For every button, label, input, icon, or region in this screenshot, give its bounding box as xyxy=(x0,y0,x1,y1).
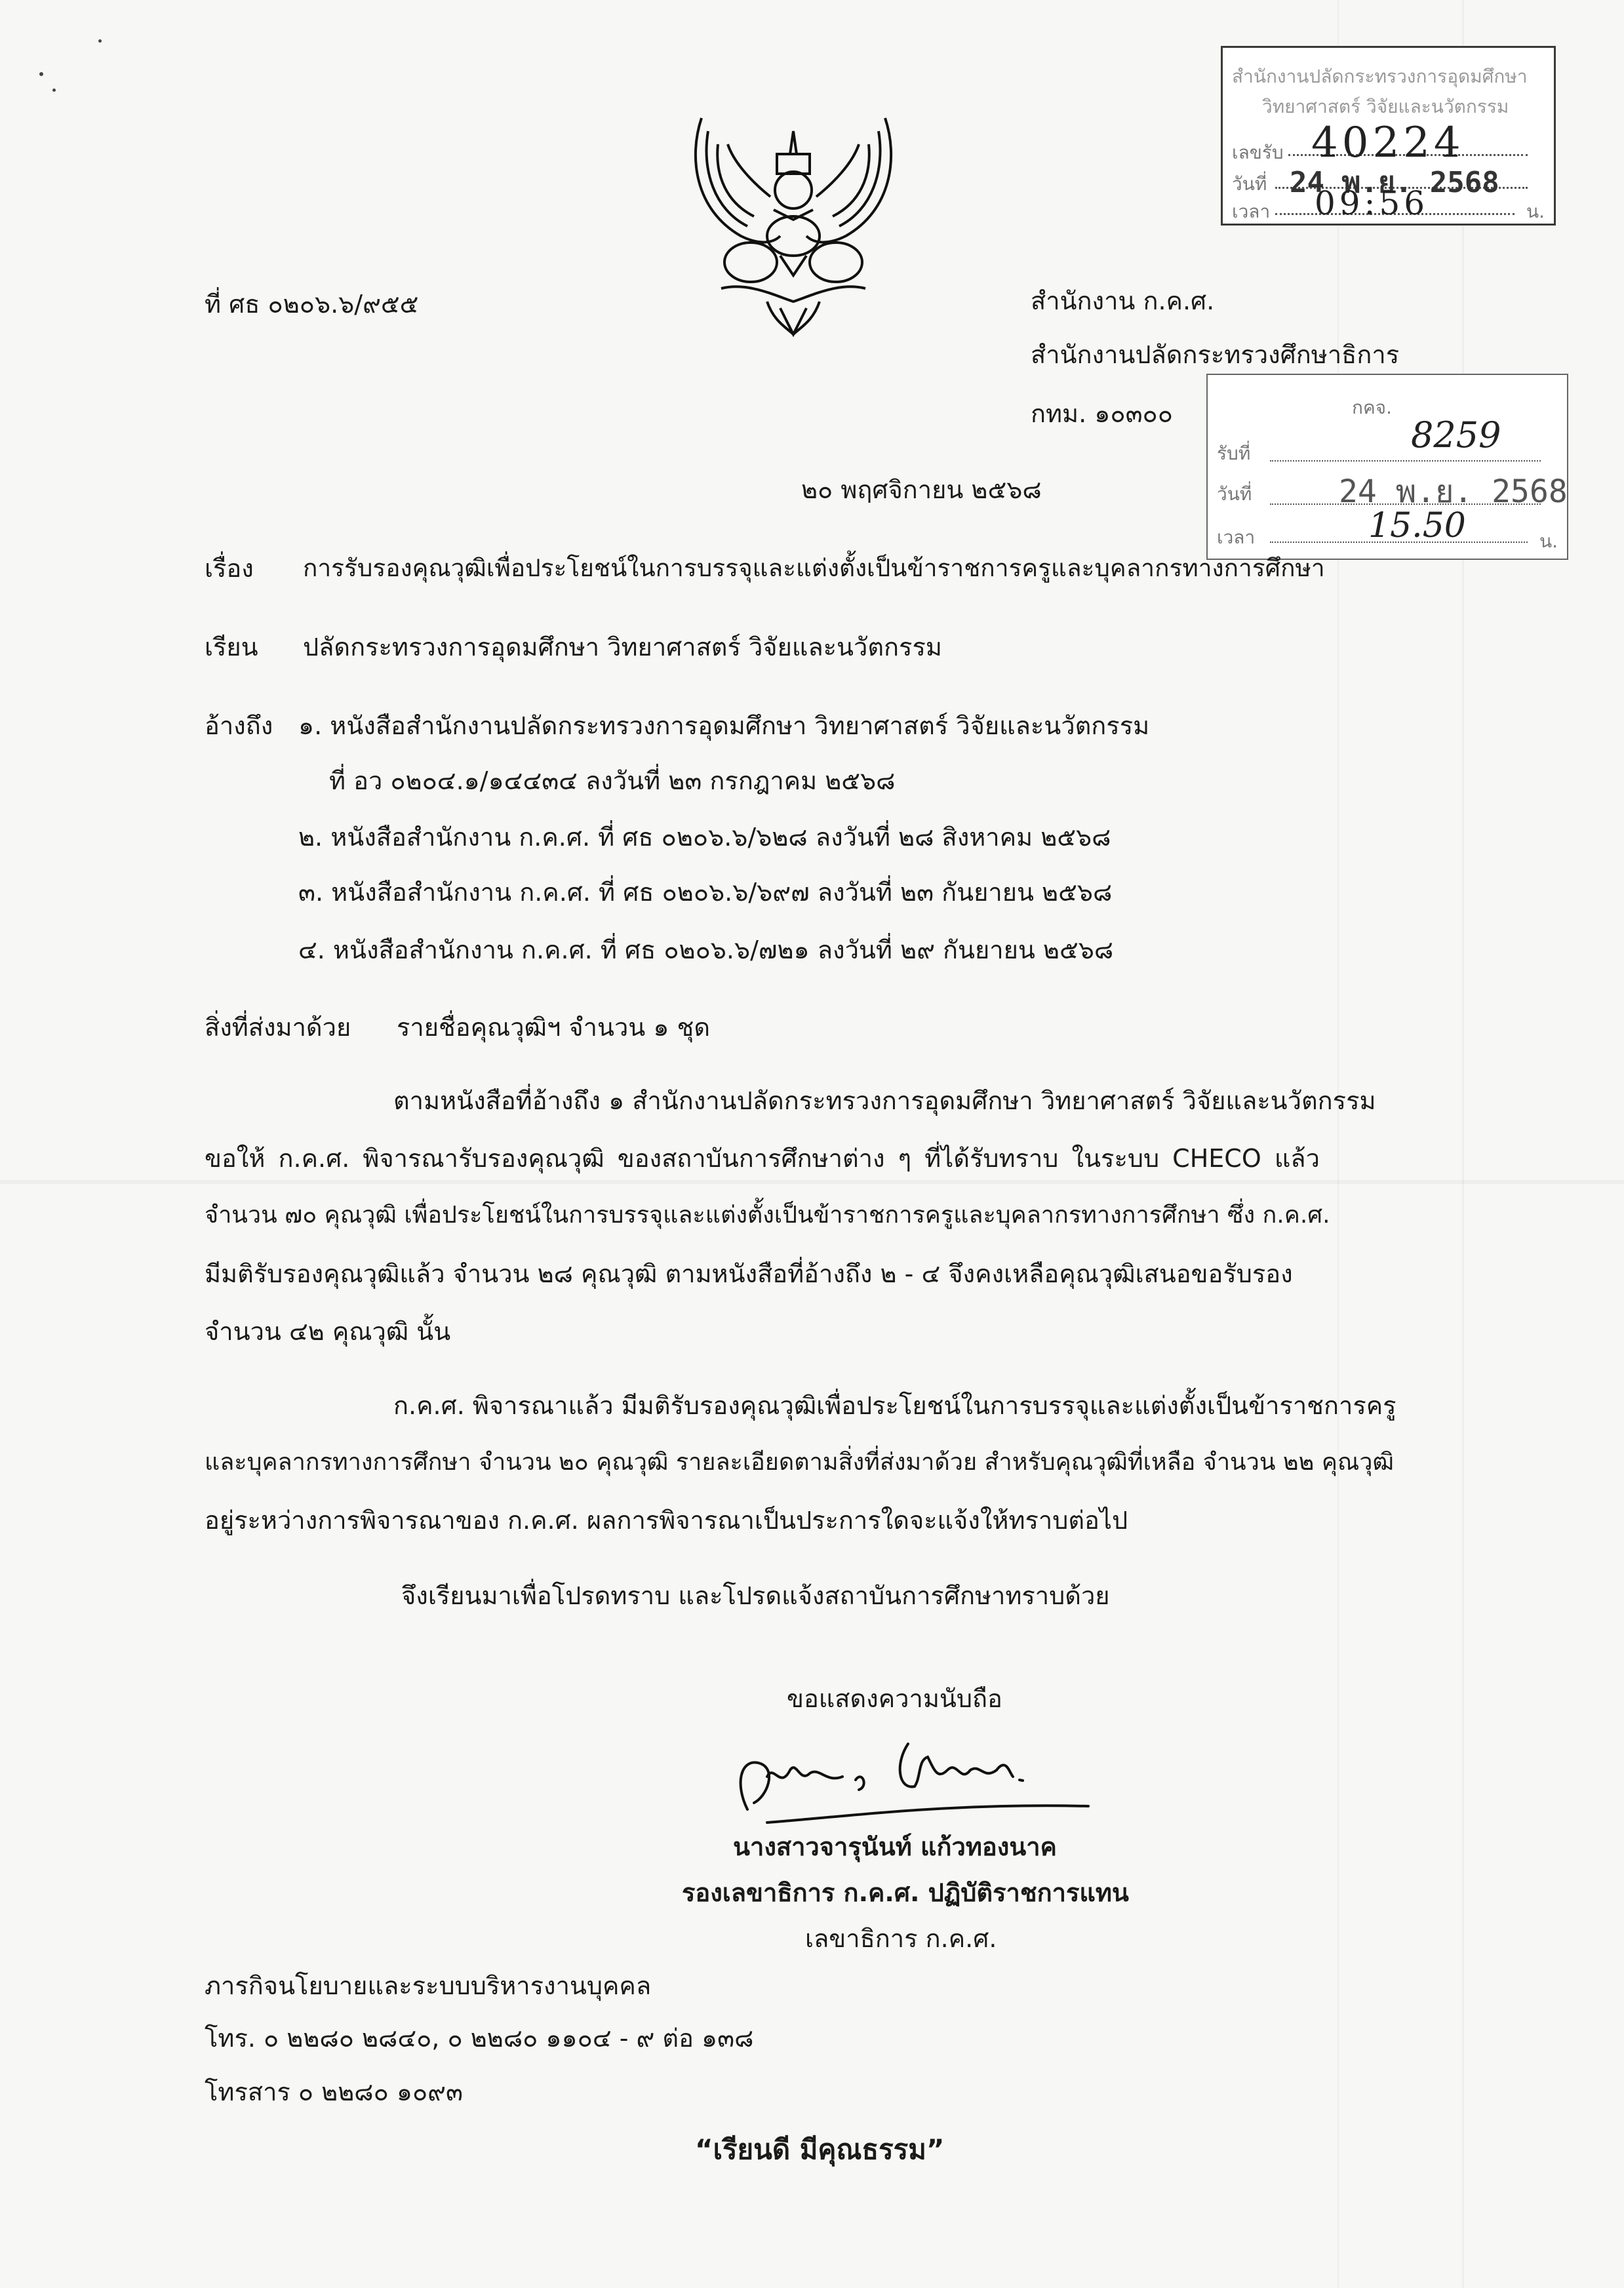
body-line: ขอให้ ก.ค.ศ. พิจารณารับรองคุณวุฒิ ของสถา… xyxy=(205,1146,1320,1171)
letter-date: ๒๐ พฤศจิกายน ๒๕๖๘ xyxy=(801,477,1042,502)
fold-line xyxy=(0,1180,1624,1184)
subject-label: เรื่อง xyxy=(205,556,254,581)
scan-speck xyxy=(39,72,43,76)
reference-item: ๓. หนังสือสำนักงาน ก.ค.ศ. ที่ ศธ ๐๒๐๖.๖/… xyxy=(298,880,1112,905)
body-line: จำนวน ๗๐ คุณวุฒิ เพื่อประโยชน์ในการบรรจุ… xyxy=(205,1204,1330,1227)
body-line: อยู่ระหว่างการพิจารณาของ ก.ค.ศ. ผลการพิจ… xyxy=(205,1508,1128,1533)
sender-line1: สำนักงาน ก.ค.ศ. xyxy=(1031,288,1214,313)
sender-line3: กทม. ๑๐๓๐๐ xyxy=(1031,401,1173,426)
footer-slogan: “เรียนดี มีคุณธรรม” xyxy=(695,2136,945,2163)
received-stamp-2: กคจ. รับที่ 8259 วันที่ 24 พ.ย. 2568 เวล… xyxy=(1206,374,1568,560)
body-line: จำนวน ๔๒ คุณวุฒิ นั้น xyxy=(205,1319,450,1344)
closing-request: จึงเรียนมาเพื่อโปรดทราบ และโปรดแจ้งสถาบั… xyxy=(401,1583,1110,1608)
reference-item: ๑. หนังสือสำนักงานปลัดกระทรวงการอุดมศึกษ… xyxy=(298,713,1149,738)
recipient-text: ปลัดกระทรวงการอุดมศึกษา วิทยาศาสตร์ วิจั… xyxy=(303,635,942,660)
enclosure-label: สิ่งที่ส่งมาด้วย xyxy=(205,1015,351,1040)
subject-text: การรับรองคุณวุฒิเพื่อประโยชน์ในการบรรจุแ… xyxy=(303,556,1325,580)
received-stamp-1: สำนักงานปลัดกระทรวงการอุดมศึกษา วิทยาศาส… xyxy=(1221,46,1556,226)
references-label: อ้างถึง xyxy=(205,713,273,738)
recipient-label: เรียน xyxy=(205,635,258,660)
stamp-time-value: 09:56 xyxy=(1315,184,1429,222)
stamp2-time-value: 15.50 xyxy=(1368,506,1466,545)
scan-speck xyxy=(52,89,56,92)
footer-phone: โทร. ๐ ๒๒๘๐ ๒๘๔๐, ๐ ๒๒๘๐ ๑๑๐๔ - ๙ ต่อ ๑๓… xyxy=(205,2026,753,2051)
stamp-org-line1: สำนักงานปลัดกระทรวงการอุดมศึกษา xyxy=(1232,62,1545,91)
body-line: มีมติรับรองคุณวุฒิแล้ว จำนวน ๒๘ คุณวุฒิ … xyxy=(205,1261,1293,1286)
signatory-name: นางสาวจารุนันท์ แก้วทองนาค xyxy=(733,1834,1057,1859)
enclosure-text: รายชื่อคุณวุฒิฯ จำนวน ๑ ชุด xyxy=(397,1015,710,1040)
sender-line2: สำนักงานปลัดกระทรวงศึกษาธิการ xyxy=(1031,342,1399,367)
document-number: ที่ ศธ ๐๒๐๖.๖/๙๕๕ xyxy=(205,292,418,317)
footer-fax: โทรสาร ๐ ๒๒๘๐ ๑๐๙๓ xyxy=(205,2080,463,2104)
garuda-emblem-icon xyxy=(682,105,905,341)
reference-item: ๒. หนังสือสำนักงาน ก.ค.ศ. ที่ ศธ ๐๒๐๖.๖/… xyxy=(298,825,1111,850)
footer-department: ภารกิจนโยบายและระบบบริหารงานบุคคล xyxy=(205,1973,651,1998)
signatory-position: รองเลขาธิการ ก.ค.ศ. ปฏิบัติราชการแทน xyxy=(682,1880,1129,1905)
official-letter: สำนักงานปลัดกระทรวงการอุดมศึกษา วิทยาศาส… xyxy=(0,0,1624,2288)
signatory-position-2: เลขาธิการ ก.ค.ศ. xyxy=(805,1926,997,1951)
reference-item: ๔. หนังสือสำนักงาน ก.ค.ศ. ที่ ศธ ๐๒๐๖.๖/… xyxy=(298,937,1113,962)
body-line: ตามหนังสือที่อ้างถึง ๑ สำนักงานปลัดกระทร… xyxy=(393,1088,1376,1113)
body-line: และบุคลากรทางการศึกษา จำนวน ๒๐ คุณวุฒิ ร… xyxy=(205,1451,1394,1474)
closing-salutation: ขอแสดงความนับถือ xyxy=(787,1686,1002,1711)
stamp-org-line2: วิทยาศาสตร์ วิจัยและนวัตกรรม xyxy=(1262,92,1545,121)
fold-line xyxy=(1462,0,1464,2288)
stamp2-number-value: 8259 xyxy=(1411,414,1501,456)
stamp2-number-label: รับที่ xyxy=(1217,439,1558,468)
stamp2-time-unit: น. xyxy=(1539,527,1558,556)
stamp-dotted-line xyxy=(1270,460,1541,462)
handwritten-signature xyxy=(721,1724,1128,1829)
reference-item: ที่ อว ๐๒๐๔.๑/๑๔๔๓๔ ลงวันที่ ๒๓ กรกฎาคม … xyxy=(329,768,895,793)
scan-speck xyxy=(98,39,102,43)
body-line: ก.ค.ศ. พิจารณาแล้ว มีมติรับรองคุณวุฒิเพื… xyxy=(393,1393,1396,1418)
stamp-time-unit: น. xyxy=(1526,197,1545,226)
